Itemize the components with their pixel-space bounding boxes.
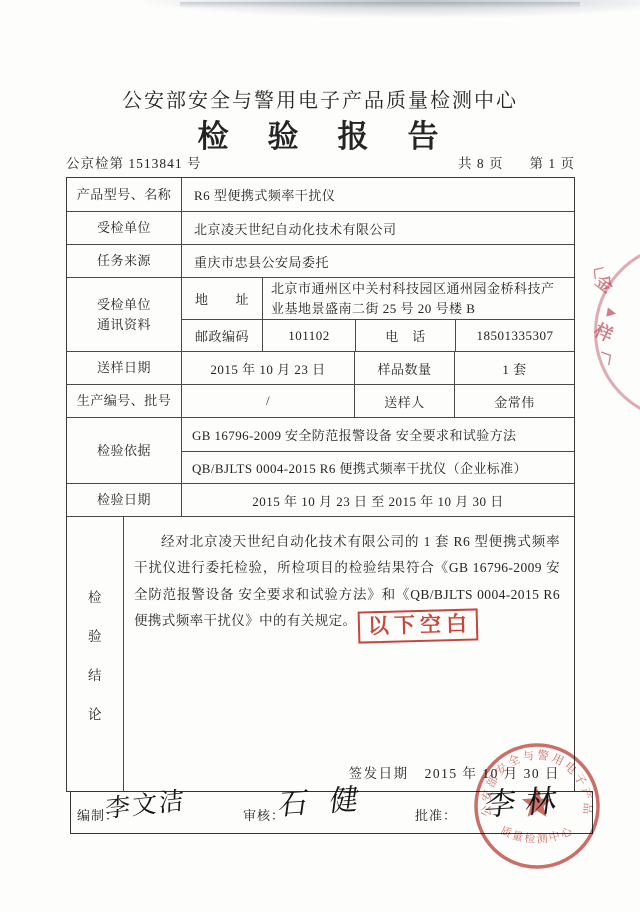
- product-value: R6 型便携式频率干扰仪: [181, 178, 574, 211]
- task-source-value: 重庆市忠县公安局委托: [181, 245, 574, 277]
- page-indicator: 共 8 页 第 1 页: [458, 152, 575, 172]
- sender-label: 送样人: [354, 385, 454, 417]
- report-number: 公京检第 1513841 号: [66, 152, 202, 172]
- organization-title: 公安部安全与警用电子产品质量检测中心: [0, 84, 640, 113]
- scanned-report-page: 公安部安全与警用电子产品质量检测中心 检 验 报 告 公京检第 1513841 …: [0, 0, 640, 912]
- approved-by-signature: 李林: [482, 775, 569, 825]
- product-label: 产品型号、名称: [67, 178, 181, 211]
- sample-row: 送样日期 2015 年 10 月 23 日 样品数量 1 套: [67, 351, 574, 384]
- table-row: 产品型号、名称 R6 型便携式频率干扰仪: [67, 178, 574, 211]
- address-subrow: 地 址 北京市通州区中关村科技园区通州园金桥科技产业基地景盛南二街 25 号 2…: [182, 278, 574, 319]
- sender-value: 金常伟: [454, 385, 574, 417]
- test-date-value: 2015 年 10 月 23 日 至 2015 年 10 月 30 日: [181, 484, 574, 516]
- inspected-unit-label: 受检单位: [67, 212, 181, 244]
- phone-label: 电 话: [355, 320, 455, 351]
- approved-by-label: 批准：: [415, 805, 457, 824]
- conclusion-label: 检 验 结 论: [67, 517, 123, 791]
- production-row: 生产编号、批号 / 送样人 金常伟: [67, 384, 574, 417]
- production-no-label: 生产编号、批号: [67, 385, 181, 417]
- conclusion-paragraph: 经对北京凌天世纪自动化技术有限公司的 1 套 R6 型便携式频率干扰仪进行委托检…: [134, 529, 560, 642]
- reviewed-by-signature: 石健: [276, 775, 384, 824]
- contact-detail: 地 址 北京市通州区中关村科技园区通州园金桥科技产业基地景盛南二街 25 号 2…: [181, 278, 574, 351]
- conclusion-label-char: 验: [88, 625, 102, 645]
- contact-row: 受检单位 通讯资料 地 址 北京市通州区中关村科技园区通州园金桥科技产业基地景盛…: [67, 277, 574, 351]
- basis-values: GB 16796-2009 安全防范报警设备 安全要求和试验方法 QB/BJLT…: [181, 418, 574, 483]
- postcode-label: 邮政编码: [182, 320, 262, 351]
- report-table: 产品型号、名称 R6 型便携式频率干扰仪 受检单位 北京凌天世纪自动化技术有限公…: [66, 177, 575, 792]
- sample-qty-label: 样品数量: [354, 352, 454, 384]
- report-title: 检 验 报 告: [0, 111, 640, 156]
- test-date-label: 检验日期: [67, 484, 181, 516]
- postcode-phone-subrow: 邮政编码 101102 电 话 18501335307: [182, 319, 574, 351]
- basis-line-1: GB 16796-2009 安全防范报警设备 安全要求和试验方法: [182, 418, 574, 451]
- scan-shadow-line: [180, 2, 580, 8]
- report-meta-row: 公京检第 1513841 号 共 8 页 第 1 页: [66, 152, 575, 172]
- edge-partial-seal: 〈 金 ▶ 样 〉: [586, 255, 640, 380]
- basis-row: 检验依据 GB 16796-2009 安全防范报警设备 安全要求和试验方法 QB…: [67, 417, 574, 483]
- test-date-row: 检验日期 2015 年 10 月 23 日 至 2015 年 10 月 30 日: [67, 483, 574, 516]
- sample-date-value: 2015 年 10 月 23 日: [181, 352, 354, 384]
- blank-below-stamp: 以下空白: [358, 608, 479, 643]
- postcode-value: 101102: [262, 320, 355, 351]
- sample-date-label: 送样日期: [67, 352, 181, 384]
- address-value: 北京市通州区中关村科技园区通州园金桥科技产业基地景盛南二街 25 号 20 号楼…: [262, 278, 574, 319]
- table-row: 任务来源 重庆市忠县公安局委托: [67, 244, 574, 277]
- conclusion-text: 经对北京凌天世纪自动化技术有限公司的 1 套 R6 型便携式频率干扰仪进行委托检…: [134, 534, 560, 628]
- basis-label: 检验依据: [67, 418, 181, 483]
- basis-line-2: QB/BJLTS 0004-2015 R6 便携式频率干扰仪（企业标准）: [182, 451, 574, 484]
- phone-value: 18501335307: [455, 320, 574, 351]
- pages-total: 共 8 页: [458, 152, 504, 172]
- page-current: 第 1 页: [530, 152, 576, 172]
- sample-qty-value: 1 套: [454, 352, 574, 384]
- contact-label: 受检单位 通讯资料: [67, 278, 181, 351]
- production-no-value: /: [181, 385, 354, 417]
- seal-bottom-text: 质量检测中心: [498, 823, 575, 846]
- prepared-by-signature: 李文洁: [105, 781, 187, 826]
- address-label: 地 址: [182, 278, 262, 319]
- table-row: 受检单位 北京凌天世纪自动化技术有限公司: [67, 211, 574, 244]
- inspected-unit-value: 北京凌天世纪自动化技术有限公司: [181, 212, 574, 244]
- task-source-label: 任务来源: [67, 245, 181, 277]
- conclusion-label-char: 检: [88, 586, 102, 606]
- conclusion-label-char: 论: [88, 703, 102, 723]
- conclusion-label-char: 结: [88, 664, 102, 684]
